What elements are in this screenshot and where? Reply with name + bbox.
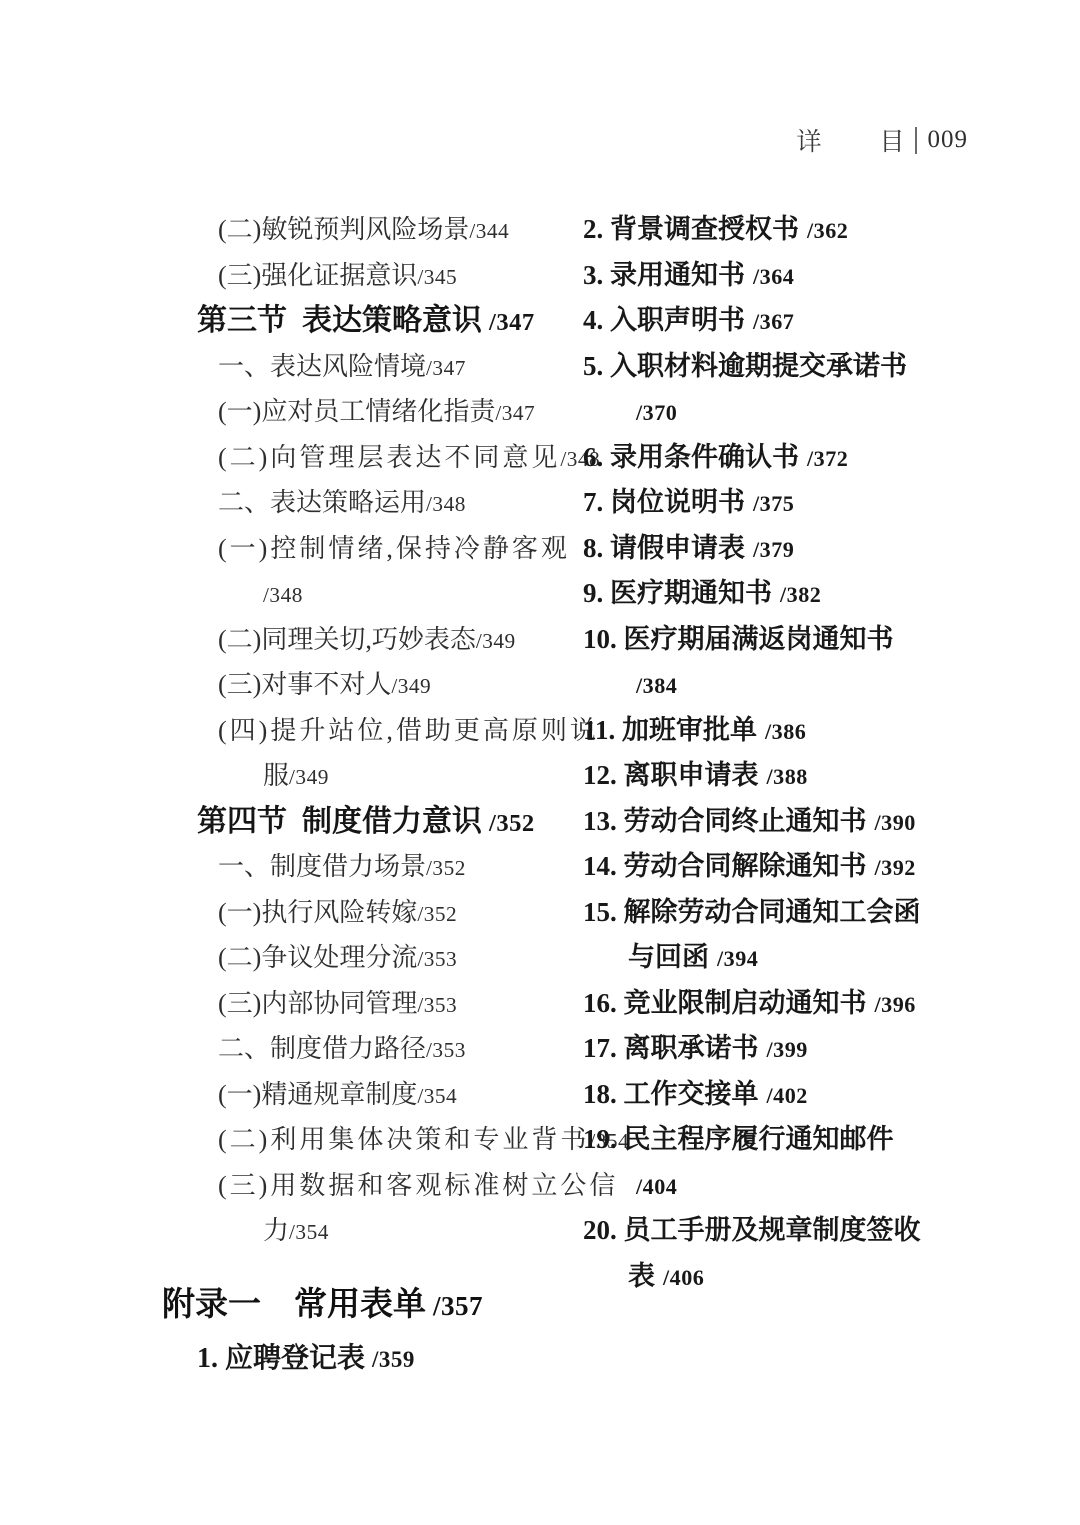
- entry-text: 12. 离职申请表: [583, 760, 759, 790]
- entry-page-number: /347: [489, 309, 535, 336]
- entry-text: 3. 录用通知书: [583, 260, 745, 290]
- entry-page-number: /390: [875, 810, 916, 835]
- toc-entry: (二)向管理层表达不同意见/348: [162, 435, 562, 481]
- toc-entry: (三)内部协同管理/353: [162, 981, 562, 1027]
- entry-text: 15. 解除劳动合同通知工会函: [583, 897, 921, 927]
- entry-text: 力: [263, 1216, 289, 1245]
- toc-entry: 二、制度借力路径/353: [162, 1026, 562, 1072]
- toc-entry: 表/406: [583, 1254, 983, 1300]
- entry-text: 19. 民主程序履行通知邮件: [583, 1124, 894, 1154]
- page-header: 详 目 009: [796, 122, 968, 158]
- toc-entry: (三)用数据和客观标准树立公信: [162, 1163, 562, 1209]
- entry-text: 14. 劳动合同解除通知书: [583, 851, 867, 881]
- toc-entry: 4. 入职声明书/367: [583, 298, 983, 344]
- toc-entry: 1. 应聘登记表/359: [162, 1332, 562, 1386]
- toc-entry: 20. 员工手册及规章制度签收: [583, 1208, 983, 1254]
- toc-entry: 第三节 表达策略意识/347: [162, 298, 562, 344]
- entry-text: 10. 医疗期届满返岗通知书: [583, 624, 894, 654]
- entry-text: (二)敏锐预判风险场景: [218, 215, 469, 244]
- entry-page-number: /388: [767, 764, 808, 789]
- toc-entry: (二)敏锐预判风险场景/344: [162, 207, 562, 253]
- entry-text: (四)提升站位,借助更高原则说: [218, 716, 599, 745]
- toc-entry: 2. 背景调查授权书/362: [583, 207, 983, 253]
- entry-page-number: /348: [263, 583, 303, 607]
- header-divider-rule: [915, 127, 917, 154]
- toc-entry: 18. 工作交接单/402: [583, 1072, 983, 1118]
- toc-entry: 一、制度借力场景/352: [162, 844, 562, 890]
- entry-page-number: /357: [433, 1291, 483, 1321]
- header-page-number: 009: [928, 126, 969, 154]
- entry-page-number: /354: [417, 1084, 457, 1108]
- toc-entry: 服/349: [162, 753, 562, 799]
- toc-entry: 8. 请假申请表/379: [583, 526, 983, 572]
- toc-entry: /370: [583, 389, 983, 435]
- entry-page-number: /375: [753, 491, 794, 516]
- entry-page-number: /367: [753, 309, 794, 334]
- toc-entry: /348: [162, 571, 562, 617]
- entry-page-number: /349: [391, 674, 431, 698]
- entry-text: 表: [628, 1261, 655, 1291]
- entry-page-number: /344: [469, 219, 509, 243]
- entry-page-number: /399: [767, 1037, 808, 1062]
- entry-page-number: /345: [417, 265, 457, 289]
- entry-text: 13. 劳动合同终止通知书: [583, 806, 867, 836]
- entry-page-number: /402: [767, 1083, 808, 1108]
- entry-page-number: /386: [765, 719, 806, 744]
- entry-text: 二、制度借力路径: [218, 1034, 426, 1063]
- entry-page-number: /349: [476, 629, 516, 653]
- entry-page-number: /349: [289, 765, 329, 789]
- toc-entry: 7. 岗位说明书/375: [583, 480, 983, 526]
- entry-text: 一、制度借力场景: [218, 852, 426, 881]
- toc-left-entries: (二)敏锐预判风险场景/344(三)强化证据意识/345第三节 表达策略意识/3…: [162, 207, 562, 1254]
- entry-text: (三)内部协同管理: [218, 989, 417, 1018]
- entry-page-number: /353: [417, 993, 457, 1017]
- toc-right-column: 2. 背景调查授权书/3623. 录用通知书/3644. 入职声明书/3675.…: [583, 207, 983, 1299]
- entry-text: 一、表达风险情境: [218, 352, 426, 381]
- entry-text: 7. 岗位说明书: [583, 487, 745, 517]
- entry-text: 第三节 表达策略意识: [197, 304, 482, 337]
- toc-entry: (四)提升站位,借助更高原则说: [162, 708, 562, 754]
- entry-page-number: /406: [663, 1265, 704, 1290]
- entry-text: 附录一 常用表单: [162, 1287, 426, 1323]
- entry-text: 8. 请假申请表: [583, 533, 745, 563]
- entry-page-number: /370: [636, 400, 677, 425]
- toc-entry: (二)同理关切,巧妙表态/349: [162, 617, 562, 663]
- entry-text: (一)控制情绪,保持冷静客观: [218, 534, 570, 563]
- header-word-left: 详: [796, 122, 821, 158]
- entry-page-number: /372: [807, 446, 848, 471]
- entry-text: 服: [263, 761, 289, 790]
- entry-text: (一)应对员工情绪化指责: [218, 397, 495, 426]
- entry-text: (三)用数据和客观标准树立公信: [218, 1171, 618, 1200]
- entry-text: 17. 离职承诺书: [583, 1033, 759, 1063]
- toc-page: 详 目 009 (二)敏锐预判风险场景/344(三)强化证据意识/345第三节 …: [0, 0, 1080, 1525]
- appendix-block: 附录一 常用表单/3571. 应聘登记表/359: [162, 1278, 562, 1386]
- toc-entry: 3. 录用通知书/364: [583, 253, 983, 299]
- toc-entry: /384: [583, 662, 983, 708]
- entry-text: 11. 加班审批单: [583, 715, 757, 745]
- toc-left-column: (二)敏锐预判风险场景/344(三)强化证据意识/345第三节 表达策略意识/3…: [162, 207, 562, 1386]
- entry-text: 二、表达策略运用: [218, 488, 426, 517]
- entry-text: 1. 应聘登记表: [197, 1343, 365, 1374]
- entry-text: (二)同理关切,巧妙表态: [218, 625, 476, 654]
- toc-entry: (一)执行风险转嫁/352: [162, 890, 562, 936]
- entry-text: 18. 工作交接单: [583, 1079, 759, 1109]
- entry-page-number: /396: [875, 992, 916, 1017]
- toc-entry: 19. 民主程序履行通知邮件: [583, 1117, 983, 1163]
- entry-text: 第四节 制度借力意识: [197, 805, 482, 838]
- entry-page-number: /352: [417, 902, 457, 926]
- entry-text: (一)精通规章制度: [218, 1080, 417, 1109]
- toc-entry: 力/354: [162, 1208, 562, 1254]
- entry-text: 9. 医疗期通知书: [583, 578, 772, 608]
- toc-entry: (一)控制情绪,保持冷静客观: [162, 526, 562, 572]
- entry-page-number: /394: [717, 946, 758, 971]
- toc-entry: 10. 医疗期届满返岗通知书: [583, 617, 983, 663]
- entry-page-number: /382: [780, 582, 821, 607]
- toc-entry: 二、表达策略运用/348: [162, 480, 562, 526]
- toc-entry: 一、表达风险情境/347: [162, 344, 562, 390]
- entry-text: (三)对事不对人: [218, 670, 391, 699]
- entry-text: 20. 员工手册及规章制度签收: [583, 1215, 921, 1245]
- entry-page-number: /379: [753, 537, 794, 562]
- entry-page-number: /362: [807, 218, 848, 243]
- entry-text: 与回函: [628, 942, 709, 972]
- toc-entry: (三)对事不对人/349: [162, 662, 562, 708]
- entry-page-number: /364: [753, 264, 794, 289]
- entry-page-number: /347: [495, 401, 535, 425]
- entry-text: 4. 入职声明书: [583, 305, 745, 335]
- entry-text: (二)利用集体决策和专业背书: [218, 1125, 589, 1154]
- entry-page-number: /347: [426, 356, 466, 380]
- entry-page-number: /392: [875, 855, 916, 880]
- entry-page-number: /353: [417, 947, 457, 971]
- entry-page-number: /352: [489, 810, 535, 837]
- toc-entry: (二)利用集体决策和专业背书/354: [162, 1117, 562, 1163]
- entry-page-number: /404: [636, 1174, 677, 1199]
- entry-page-number: /348: [426, 492, 466, 516]
- toc-entry: (一)精通规章制度/354: [162, 1072, 562, 1118]
- toc-entry: 15. 解除劳动合同通知工会函: [583, 890, 983, 936]
- entry-text: (三)强化证据意识: [218, 261, 417, 290]
- toc-entry: 附录一 常用表单/357: [162, 1278, 562, 1332]
- toc-entry: 5. 入职材料逾期提交承诺书: [583, 344, 983, 390]
- toc-entry: 第四节 制度借力意识/352: [162, 799, 562, 845]
- entry-page-number: /353: [426, 1038, 466, 1062]
- toc-entry: 11. 加班审批单/386: [583, 708, 983, 754]
- toc-entry: 9. 医疗期通知书/382: [583, 571, 983, 617]
- toc-entry: /404: [583, 1163, 983, 1209]
- entry-text: 16. 竞业限制启动通知书: [583, 988, 867, 1018]
- toc-entry: (三)强化证据意识/345: [162, 253, 562, 299]
- toc-entry: (一)应对员工情绪化指责/347: [162, 389, 562, 435]
- entry-page-number: /384: [636, 673, 677, 698]
- toc-entry: 6. 录用条件确认书/372: [583, 435, 983, 481]
- entry-page-number: /354: [289, 1220, 329, 1244]
- entry-page-number: /352: [426, 856, 466, 880]
- entry-text: (一)执行风险转嫁: [218, 898, 417, 927]
- entry-page-number: /359: [372, 1347, 415, 1372]
- toc-entry: 13. 劳动合同终止通知书/390: [583, 799, 983, 845]
- toc-entry: 12. 离职申请表/388: [583, 753, 983, 799]
- entry-text: 6. 录用条件确认书: [583, 442, 799, 472]
- header-word-right: 目: [879, 122, 904, 158]
- toc-entry: 16. 竞业限制启动通知书/396: [583, 981, 983, 1027]
- toc-entry: 17. 离职承诺书/399: [583, 1026, 983, 1072]
- entry-text: 2. 背景调查授权书: [583, 214, 799, 244]
- entry-text: (二)争议处理分流: [218, 943, 417, 972]
- toc-entry: 与回函/394: [583, 935, 983, 981]
- toc-entry: 14. 劳动合同解除通知书/392: [583, 844, 983, 890]
- entry-text: (二)向管理层表达不同意见: [218, 443, 560, 472]
- entry-text: 5. 入职材料逾期提交承诺书: [583, 351, 907, 381]
- toc-entry: (二)争议处理分流/353: [162, 935, 562, 981]
